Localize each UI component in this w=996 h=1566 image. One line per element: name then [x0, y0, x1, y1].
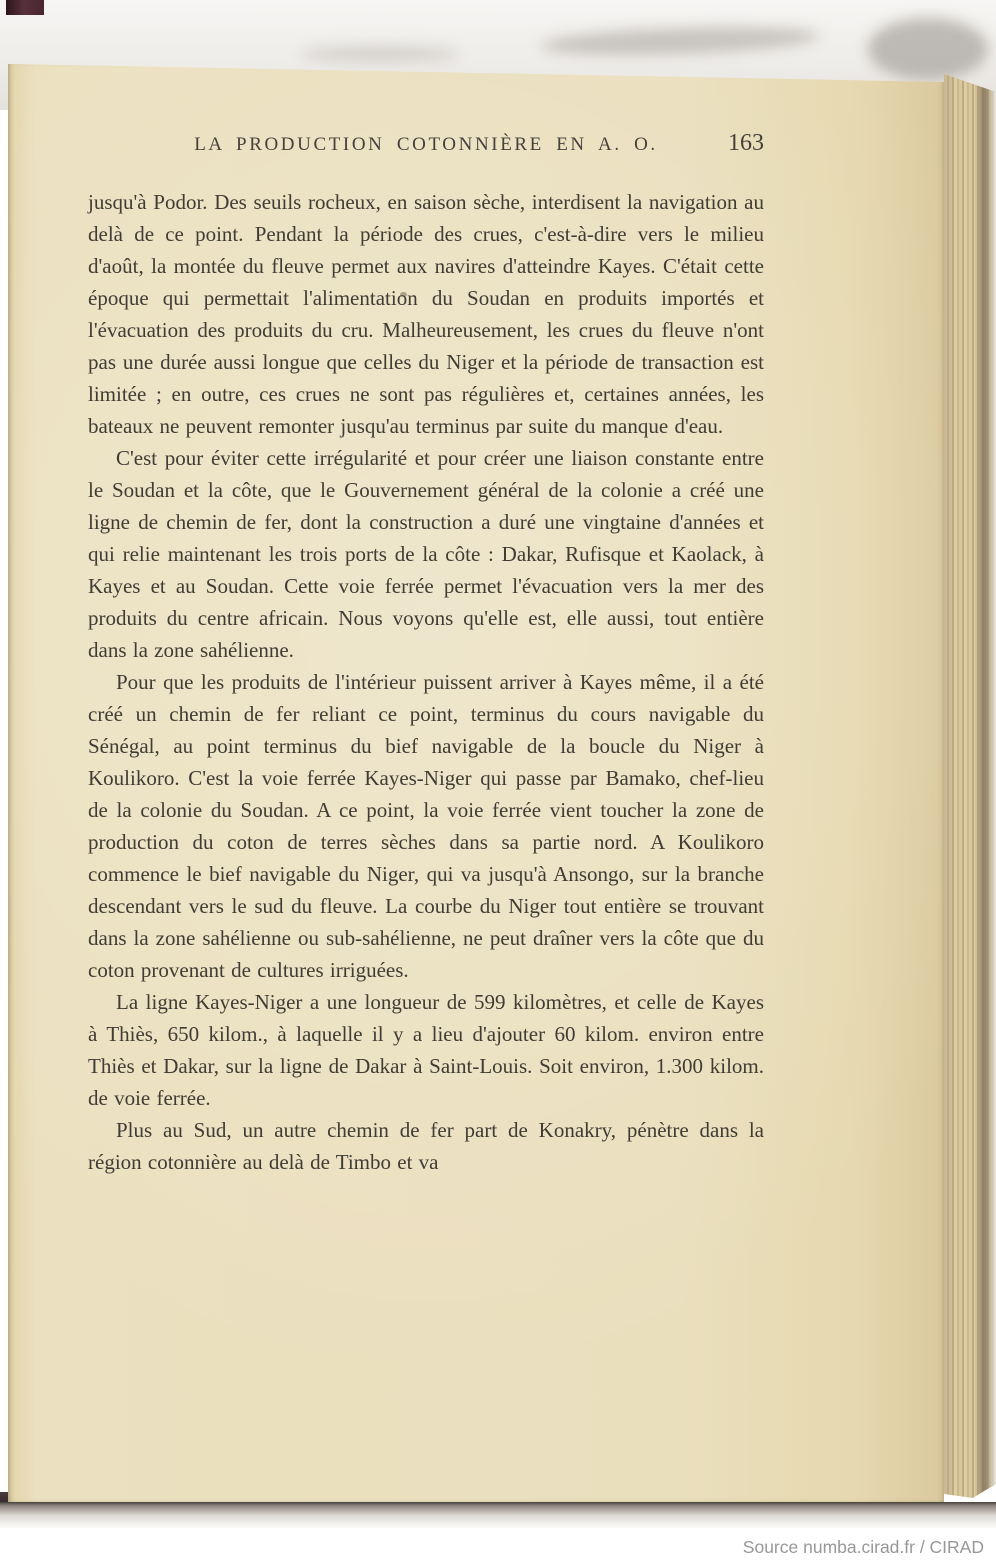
source-credit: Source numba.cirad.fr / CIRAD — [743, 1537, 984, 1558]
text-block: LA PRODUCTION COTONNIÈRE EN A. O. 163 ju… — [88, 134, 764, 1178]
book-cover-corner-top — [6, 0, 44, 15]
page-number: 163 — [728, 130, 764, 157]
book-scan-viewer: LA PRODUCTION COTONNIÈRE EN A. O. 163 ju… — [0, 0, 996, 1566]
book-fore-edge — [944, 74, 996, 1498]
scan-smudge — [868, 18, 988, 80]
paragraph-2: C'est pour éviter cette irrégularité et … — [88, 442, 764, 666]
paragraph-4: La ligne Kayes-Niger a une longueur de 5… — [88, 986, 764, 1114]
book-page: LA PRODUCTION COTONNIÈRE EN A. O. 163 ju… — [8, 56, 944, 1505]
paragraph-3: Pour que les produits de l'intérieur pui… — [88, 666, 764, 986]
paragraph-1: jusqu'à Podor. Des seuils rocheux, en sa… — [88, 186, 764, 442]
body-text: jusqu'à Podor. Des seuils rocheux, en sa… — [88, 186, 764, 1178]
page-header: LA PRODUCTION COTONNIÈRE EN A. O. 163 — [88, 134, 764, 164]
scan-smudge — [300, 46, 460, 62]
running-title: LA PRODUCTION COTONNIÈRE EN A. O. — [194, 134, 658, 155]
paragraph-5: Plus au Sud, un autre chemin de fer part… — [88, 1114, 764, 1178]
